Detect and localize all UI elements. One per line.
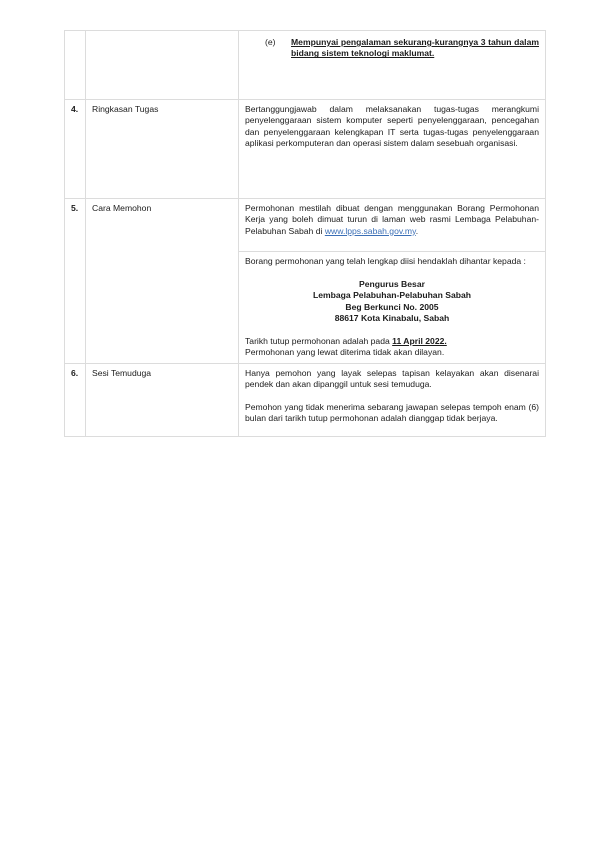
item-text: Mempunyai pengalaman sekurang-kurangnya … — [291, 37, 539, 60]
closing-date-line: Tarikh tutup permohonan adalah pada 11 A… — [245, 336, 539, 347]
row-label: Ringkasan Tugas — [86, 100, 239, 199]
address-line: Lembaga Pelabuhan-Pelabuhan Sabah — [245, 290, 539, 302]
interview-paragraph-1: Hanya pemohon yang layak selepas tapisan… — [245, 368, 539, 391]
requirement-item-e: (e) Mempunyai pengalaman sekurang-kurang… — [245, 35, 539, 60]
interview-paragraph-2: Pemohon yang tidak menerima sebarang jaw… — [245, 402, 539, 425]
submission-intro: Borang permohonan yang telah lengkap dii… — [245, 256, 539, 267]
table-row-ringkasan-tugas: 4. Ringkasan Tugas Bertanggungjawab dala… — [65, 100, 546, 199]
body-suffix: . — [416, 226, 418, 236]
row-number-cell — [65, 31, 86, 100]
row-body-cell: (e) Mempunyai pengalaman sekurang-kurang… — [239, 31, 546, 100]
job-requirements-table: (e) Mempunyai pengalaman sekurang-kurang… — [64, 30, 546, 437]
row-number: 4. — [65, 100, 86, 199]
row-number: 6. — [65, 363, 86, 437]
table-row-continuation: (e) Mempunyai pengalaman sekurang-kurang… — [65, 31, 546, 100]
row-number: 5. — [65, 199, 86, 364]
address-line: 88617 Kota Kinabalu, Sabah — [245, 313, 539, 325]
address-line: Pengurus Besar — [245, 279, 539, 291]
table-row-sesi-temuduga: 6. Sesi Temuduga Hanya pemohon yang laya… — [65, 363, 546, 437]
table-row-cara-memohon: 5. Cara Memohon Permohonan mestilah dibu… — [65, 199, 546, 252]
row-body: Hanya pemohon yang layak selepas tapisan… — [239, 363, 546, 437]
row-label: Sesi Temuduga — [86, 363, 239, 437]
row-body: Bertanggungjawab dalam melaksanakan tuga… — [239, 100, 546, 199]
row-label-cell — [86, 31, 239, 100]
address-line: Beg Berkunci No. 2005 — [245, 302, 539, 314]
row-label: Cara Memohon — [86, 199, 239, 364]
row-body-part1: Permohonan mestilah dibuat dengan menggu… — [239, 199, 546, 252]
mailing-address: Pengurus Besar Lembaga Pelabuhan-Pelabuh… — [245, 279, 539, 325]
closing-date: 11 April 2022. — [392, 336, 447, 346]
website-link[interactable]: www.lpps.sabah.gov.my — [325, 226, 416, 236]
closing-prefix: Tarikh tutup permohonan adalah pada — [245, 336, 392, 346]
document-page: (e) Mempunyai pengalaman sekurang-kurang… — [0, 0, 595, 842]
late-notice: Permohonan yang lewat diterima tidak aka… — [245, 347, 539, 358]
item-marker: (e) — [265, 37, 291, 60]
row-body-part2: Borang permohonan yang telah lengkap dii… — [239, 252, 546, 364]
